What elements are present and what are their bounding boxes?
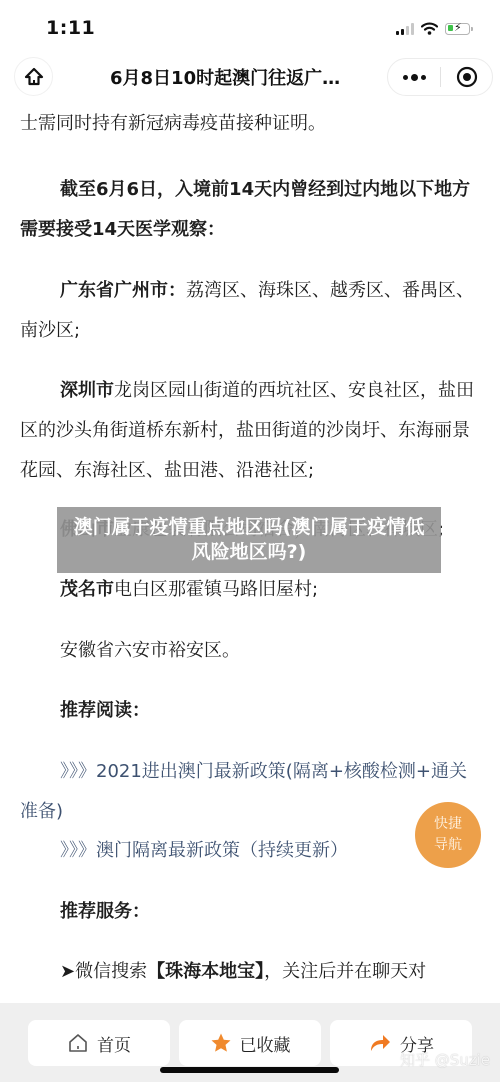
section-heading-recommended-services: 推荐服务：: [20, 892, 482, 932]
more-button[interactable]: [388, 59, 440, 95]
mini-program-capsule: [387, 58, 493, 96]
quick-nav-label-1: 快捷: [434, 814, 462, 835]
home-indicator: [160, 1067, 339, 1073]
paragraph: 广东省广州市：荔湾区、海珠区、越秀区、番禺区、南沙区;: [20, 271, 482, 351]
paragraph: ➤微信搜索【珠海本地宝】，关注后并在聊天对: [20, 952, 482, 992]
status-time: 1:11: [46, 17, 95, 39]
share-arrow-icon: [368, 1032, 392, 1054]
paragraph-highlight: 【珠海本地宝】: [147, 961, 264, 982]
star-icon: [210, 1032, 232, 1054]
close-button[interactable]: [441, 59, 492, 95]
home-outline-icon: [67, 1032, 89, 1054]
more-dots-icon: [403, 75, 408, 80]
paragraph: 茂名市电白区那霍镇马路旧屋村;: [20, 570, 482, 610]
paragraph-body: 电白区那霍镇马路旧屋村;: [114, 579, 318, 600]
watermark: 知乎 @Suzie: [400, 1049, 490, 1070]
nav-bar: 6月8日10时起澳门往返广…: [0, 52, 500, 102]
quick-nav-label-2: 导航: [434, 835, 462, 856]
home-page-label: 首页: [97, 1031, 131, 1056]
paragraph-suffix: ，关注后并在聊天对: [264, 961, 426, 982]
quick-nav-button[interactable]: 快捷 导航: [415, 802, 481, 868]
status-icons: ⚡: [396, 22, 470, 35]
paragraph-lead: 广东省广州市：: [60, 280, 186, 301]
page-title: 6月8日10时起澳门往返广…: [110, 64, 385, 90]
signal-icon: [396, 23, 414, 35]
status-bar: 1:11 ⚡: [0, 0, 500, 52]
battery-charging-icon: ⚡: [445, 23, 470, 35]
favorited-label: 已收藏: [240, 1031, 291, 1056]
paragraph: 安徽省六安市裕安区。: [20, 631, 482, 671]
paragraph: 深圳市龙岗区园山街道的西坑社区、安良社区，盐田区的沙头角街道桥东新村，盐田街道的…: [20, 371, 482, 491]
paragraph-prefix: ➤微信搜索: [60, 961, 147, 982]
paragraph-bold: 截至6月6日，入境前14天内曾经到过内地以下地方需要接受14天医学观察：: [20, 170, 482, 250]
home-icon: [24, 67, 44, 87]
recommended-link-1[interactable]: 》》》2021进出澳门最新政策(隔离+核酸检测+通关准备): [20, 752, 482, 832]
paragraph-lead: 深圳市: [60, 380, 114, 401]
overlay-title: 澳门属于疫情重点地区吗(澳门属于疫情低风险地区吗?): [69, 515, 429, 565]
paragraph-lead: 茂名市: [60, 579, 114, 600]
favorited-button[interactable]: 已收藏: [179, 1020, 321, 1066]
target-close-icon: [456, 66, 478, 88]
home-button[interactable]: [14, 57, 53, 96]
title-overlay-banner: 澳门属于疫情重点地区吗(澳门属于疫情低风险地区吗?): [57, 507, 441, 573]
paragraph: 士需同时持有新冠病毒疫苗接种证明。: [20, 104, 482, 144]
recommended-link-2[interactable]: 》》》澳门隔离最新政策（持续更新）: [20, 831, 482, 871]
home-page-button[interactable]: 首页: [28, 1020, 170, 1066]
section-heading-recommended-reading: 推荐阅读：: [20, 691, 482, 731]
wifi-icon: [421, 22, 438, 35]
